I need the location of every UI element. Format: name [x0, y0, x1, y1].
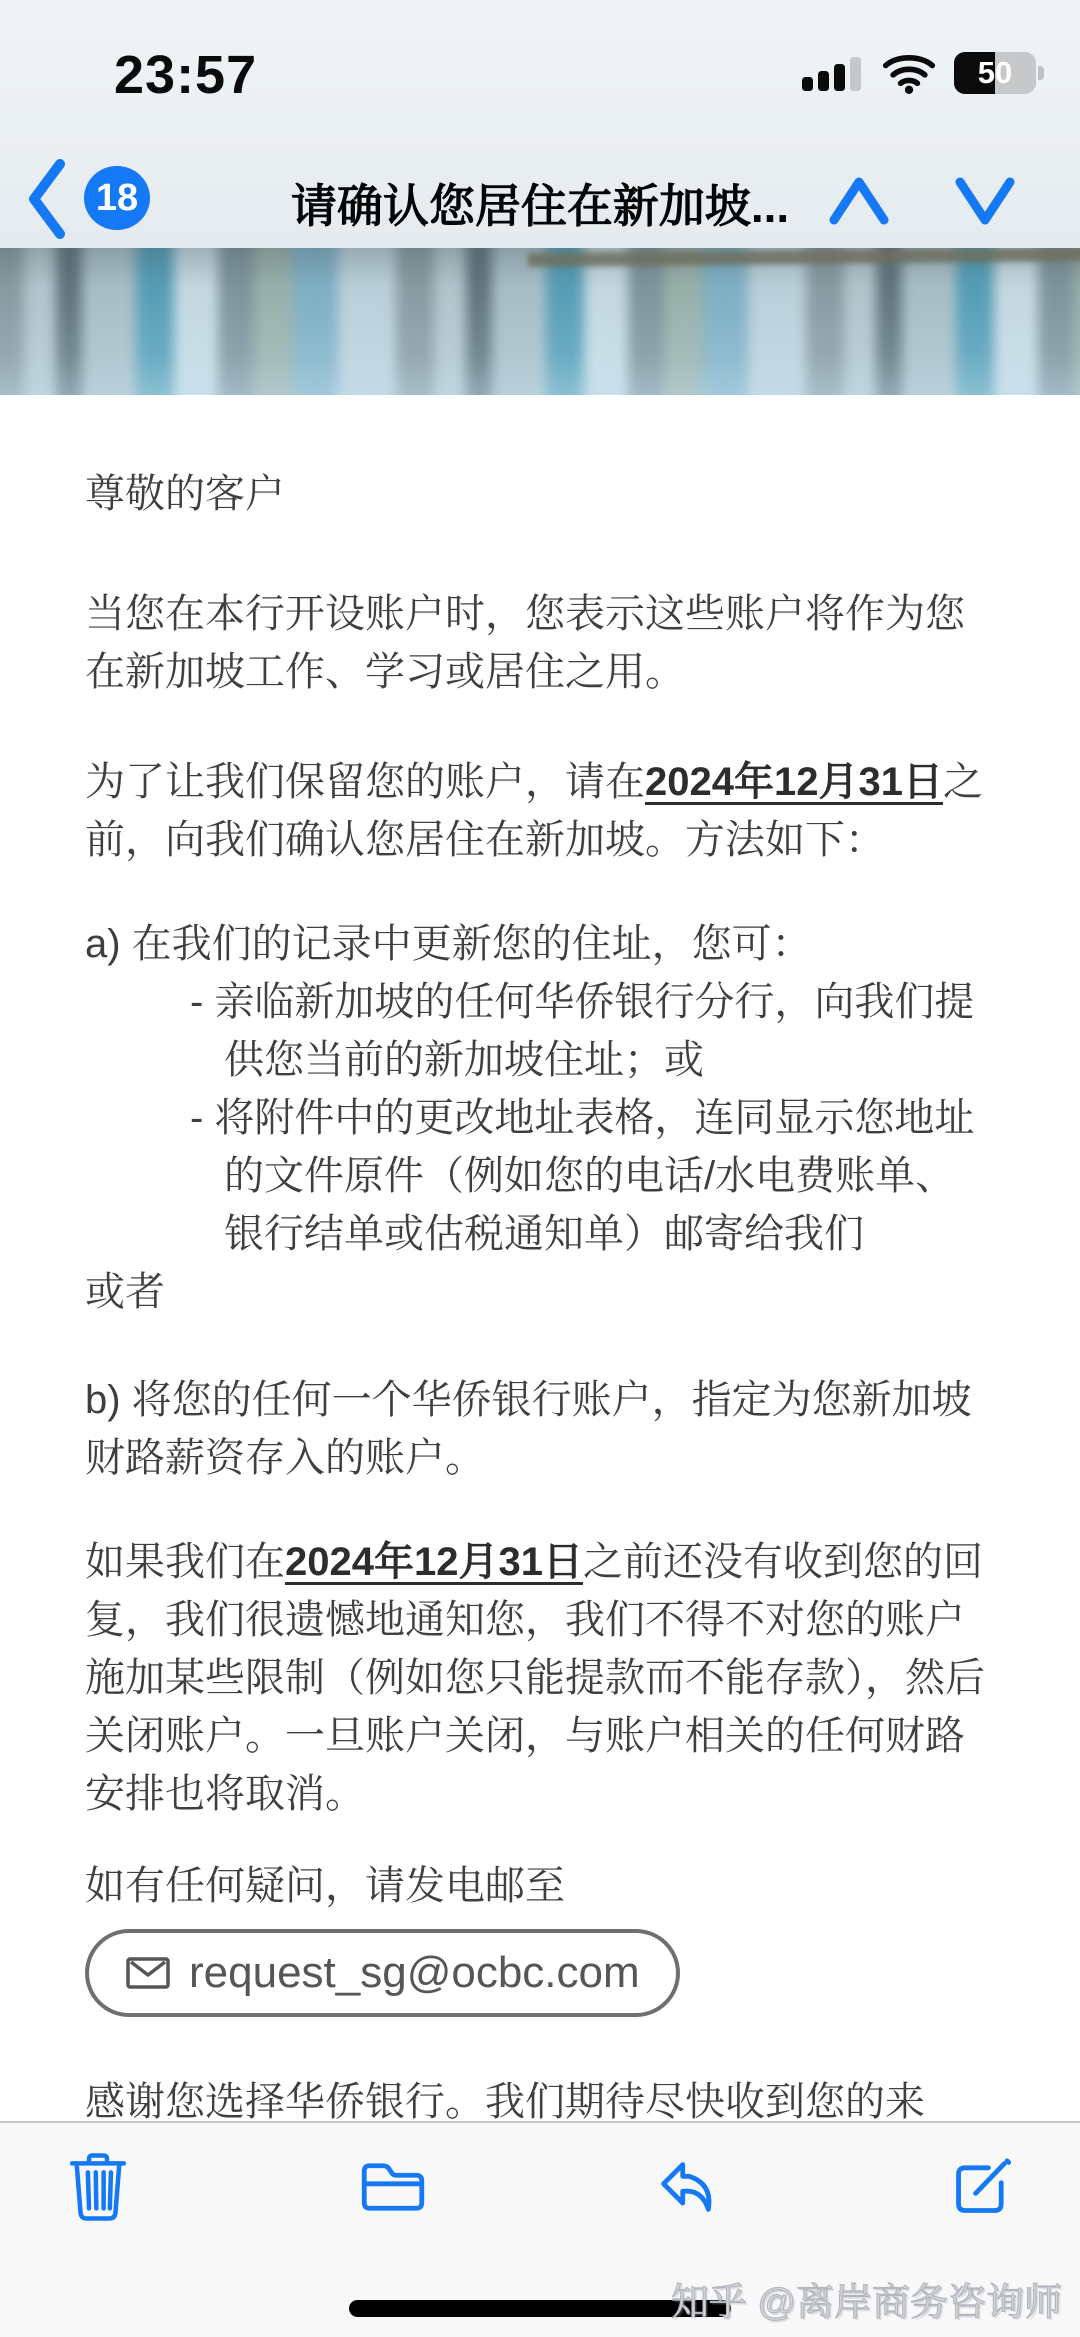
- consequence-deadline-date: 2024年12月31日: [285, 1540, 583, 1584]
- option-a-item-1: - 亲临新加坡的任何华侨银行分行，向我们提供您当前的新加坡住址；或: [190, 973, 995, 1089]
- or-separator: 或者: [85, 1263, 995, 1321]
- battery-cap: [1038, 66, 1044, 80]
- deadline-pre-text: 为了让我们保留您的账户，请在: [85, 760, 645, 804]
- toolbar-buttons: [0, 2123, 1080, 2225]
- email-address-label: request_sg@ocbc.com: [189, 1948, 640, 1998]
- chevron-up-icon[interactable]: [828, 174, 890, 226]
- reply-button[interactable]: [651, 2149, 723, 2225]
- wifi-icon: [881, 52, 937, 94]
- option-a-item-2: - 将附件中的更改地址表格，连同显示您地址的文件原件（例如您的电话/水电费账单、…: [190, 1089, 995, 1263]
- option-b-text: b) 将您的任何一个华侨银行账户，指定为您新加坡财路薪资存入的账户。: [85, 1371, 995, 1487]
- status-time: 23:57: [114, 44, 257, 106]
- bottom-toolbar: 知乎 @离岸商务咨询师: [0, 2121, 1080, 2337]
- paragraph-deadline: 为了让我们保留您的账户，请在2024年12月31日之前，向我们确认您居住在新加坡…: [85, 753, 995, 869]
- zhihu-watermark: 知乎 @离岸商务咨询师: [671, 2271, 1062, 2326]
- compose-icon: [950, 2155, 1014, 2219]
- iphone-mail-screen: 23:57 50 18 请确认您居住在新加坡.: [0, 0, 1080, 2337]
- top-chrome: 23:57 50 18 请确认您居住在新加坡.: [0, 0, 1080, 248]
- paragraph-intro: 当您在本行开设账户时，您表示这些账户将作为您在新加坡工作、学习或居住之用。: [85, 585, 995, 701]
- deadline-date: 2024年12月31日: [645, 760, 943, 804]
- email-header-image: [0, 248, 1080, 395]
- folder-button[interactable]: [357, 2149, 429, 2225]
- greeting-text: 尊敬的客户: [85, 465, 995, 523]
- paragraph-consequences: 如果我们在2024年12月31日之前还没有收到您的回复，我们很遗憾地通知您，我们…: [85, 1533, 995, 1823]
- compose-button[interactable]: [946, 2149, 1018, 2225]
- contact-line: 如有任何疑问，请发电邮至: [85, 1857, 995, 1915]
- status-icons: 50: [802, 52, 1036, 94]
- email-body[interactable]: 尊敬的客户 当您在本行开设账户时，您表示这些账户将作为您在新加坡工作、学习或居住…: [0, 395, 1080, 2121]
- battery-icon: 50: [954, 52, 1036, 94]
- cellular-signal-icon: [802, 55, 864, 91]
- water-reflection-image: [0, 248, 1080, 395]
- battery-percent: 50: [954, 52, 1036, 94]
- email-link-button[interactable]: request_sg@ocbc.com: [85, 1929, 680, 2017]
- consequence-pre-text: 如果我们在: [85, 1540, 285, 1584]
- chevron-down-icon[interactable]: [954, 176, 1016, 228]
- folder-icon: [360, 2159, 426, 2215]
- email-subject-title: 请确认您居住在新加坡...: [0, 170, 1080, 236]
- envelope-icon: [125, 1954, 171, 1992]
- trash-icon: [66, 2151, 130, 2223]
- option-a-heading: a) 在我们的记录中更新您的住址，您可：: [85, 915, 995, 973]
- reply-icon: [655, 2157, 719, 2217]
- trash-button[interactable]: [62, 2149, 134, 2225]
